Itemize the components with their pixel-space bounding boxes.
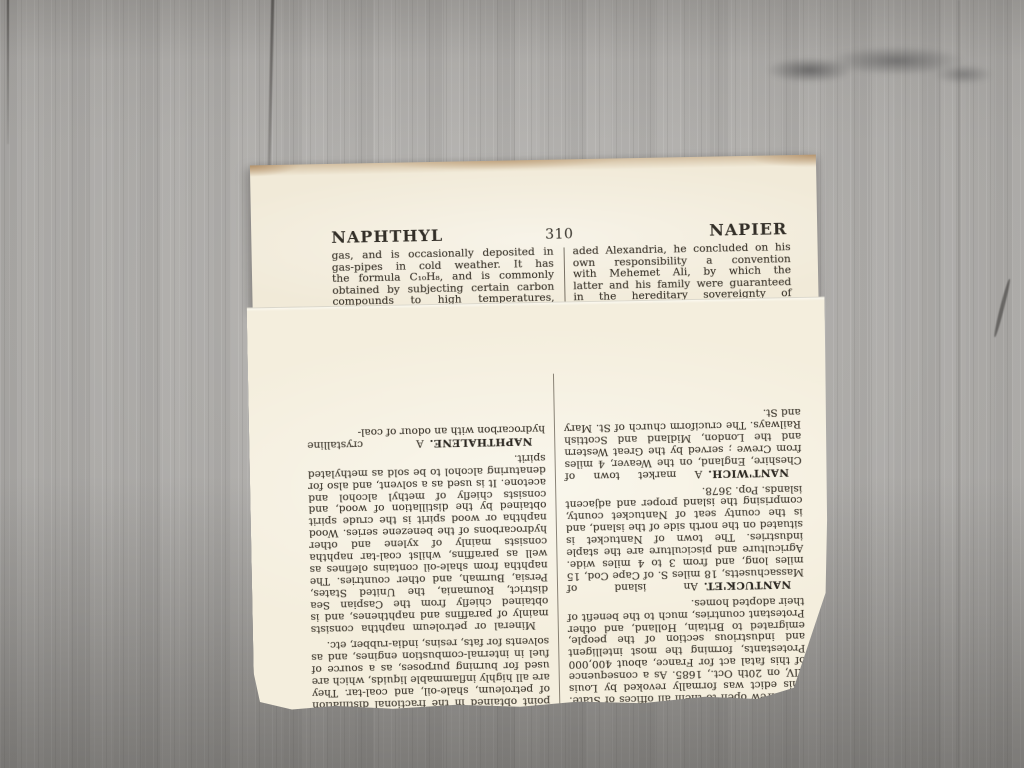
- page-number: 310: [545, 226, 574, 243]
- encyclopedia-entry: NANT'WICH. A market town of Cheshire, En…: [564, 405, 802, 481]
- column-divider-rule: [553, 374, 560, 704]
- wood-dark-smudge: [738, 36, 994, 98]
- paragraph: and threw open to them all offices of St…: [567, 594, 806, 706]
- folded-text-columns: and threw open to them all offices of St…: [306, 363, 806, 710]
- folded-right-column: point obtained in the fractional distill…: [306, 368, 550, 711]
- front-left-column: gas, and is occasionally deposited ingas…: [332, 247, 555, 309]
- entry-text: point obtained in the fractional distill…: [311, 635, 550, 710]
- paragraph: point obtained in the fractional distill…: [311, 634, 550, 710]
- page-folded-upside-down-section: and threw open to them all offices of St…: [247, 296, 833, 713]
- folded-book-page: NAPHTHYL 310 NAPIER gas, and is occasion…: [244, 154, 832, 713]
- encyclopedia-entry: NAPHTHALENE. A crystalline hydrocarbon w…: [307, 422, 545, 450]
- flipped-text-wrapper: and threw open to them all offices of St…: [247, 296, 833, 713]
- header-right-entry: NAPIER: [573, 219, 787, 242]
- front-right-column: aded Alexandria, he concluded on hisown …: [573, 242, 792, 304]
- wood-mark-right: [993, 278, 1011, 337]
- wood-crack-left: [7, 0, 9, 144]
- entry-title: NAPHTHALENE.: [424, 435, 533, 449]
- paragraph: Mineral or petroleum naphtha consists ma…: [307, 451, 548, 634]
- folded-left-column: and threw open to them all offices of St…: [563, 363, 806, 705]
- encyclopedia-entry: NANTUCK'ET. An island of Massachusetts, …: [565, 482, 804, 594]
- header-left-entry: NAPHTHYL: [331, 224, 545, 247]
- entry-text: An island of Massachusetts, 18 miles S. …: [565, 483, 804, 595]
- entry-title: NANTUCK'ET.: [698, 578, 791, 592]
- entry-text: Mineral or petroleum naphtha consists ma…: [308, 452, 549, 635]
- entry-text: and threw open to them all offices of St…: [568, 595, 807, 707]
- column-divider-rule: [564, 247, 566, 304]
- entry-title: NANT'WICH.: [702, 466, 789, 480]
- wood-plank-seam: [958, 0, 961, 768]
- page-front-upright-section: NAPHTHYL 310 NAPIER gas, and is occasion…: [250, 155, 819, 312]
